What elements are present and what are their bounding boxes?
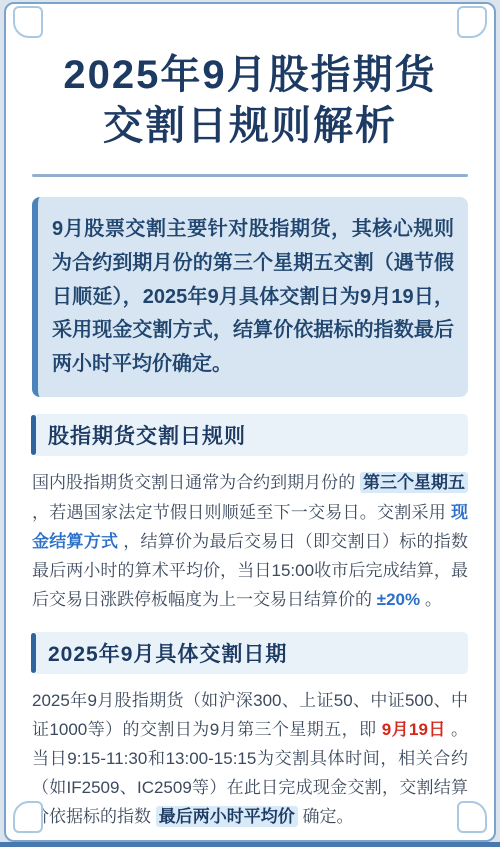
infographic-card: 2025年9月股指期货 交割日规则解析 9月股票交割主要针对股指期货，其核心规则… <box>4 2 496 842</box>
section-body-specific-date: 2025年9月股指期货（如沪深300、上证50、中证500、中证1000等）的交… <box>32 686 468 832</box>
section-title: 股指期货交割日规则 <box>48 420 246 450</box>
section-header-specific-date: 2025年9月具体交割日期 <box>32 632 468 674</box>
section-title: 2025年9月具体交割日期 <box>48 638 287 668</box>
section-accent-bar <box>31 633 36 673</box>
highlight-third-friday: 第三个星期五 <box>360 472 468 493</box>
corner-decoration-top-left <box>13 6 43 38</box>
bottom-edge-strip <box>0 842 500 847</box>
section-accent-bar <box>31 415 36 455</box>
summary-text: 9月股票交割主要针对股指期货，其核心规则为合约到期月份的第三个星期五交割（遇节假… <box>52 218 454 374</box>
section-header-delivery-rules: 股指期货交割日规则 <box>32 414 468 456</box>
corner-decoration-top-right <box>457 6 487 38</box>
body-segment: 确定。 <box>298 807 354 826</box>
page-title: 2025年9月股指期货 交割日规则解析 <box>32 50 468 152</box>
body-segment: 国内股指期货交割日通常为合约到期月份的 <box>32 473 360 492</box>
highlight-limit-percent: ±20% <box>377 590 420 609</box>
title-divider <box>32 174 468 177</box>
body-segment: ，若遇国家法定节假日则顺延至下一交易日。交割采用 <box>32 503 451 522</box>
highlight-two-hour-average: 最后两小时平均价 <box>156 806 298 827</box>
highlight-date-sep19: 9月19日 <box>382 720 446 739</box>
page-title-line1: 2025年9月股指期货 <box>32 50 468 101</box>
summary-callout: 9月股票交割主要针对股指期货，其核心规则为合约到期月份的第三个星期五交割（遇节假… <box>32 197 468 397</box>
body-segment: 。 <box>420 590 442 609</box>
page-title-line2: 交割日规则解析 <box>32 101 468 152</box>
corner-decoration-bottom-left <box>13 801 43 833</box>
corner-decoration-bottom-right <box>457 801 487 833</box>
section-body-delivery-rules: 国内股指期货交割日通常为合约到期月份的 第三个星期五 ，若遇国家法定节假日则顺延… <box>32 468 468 614</box>
